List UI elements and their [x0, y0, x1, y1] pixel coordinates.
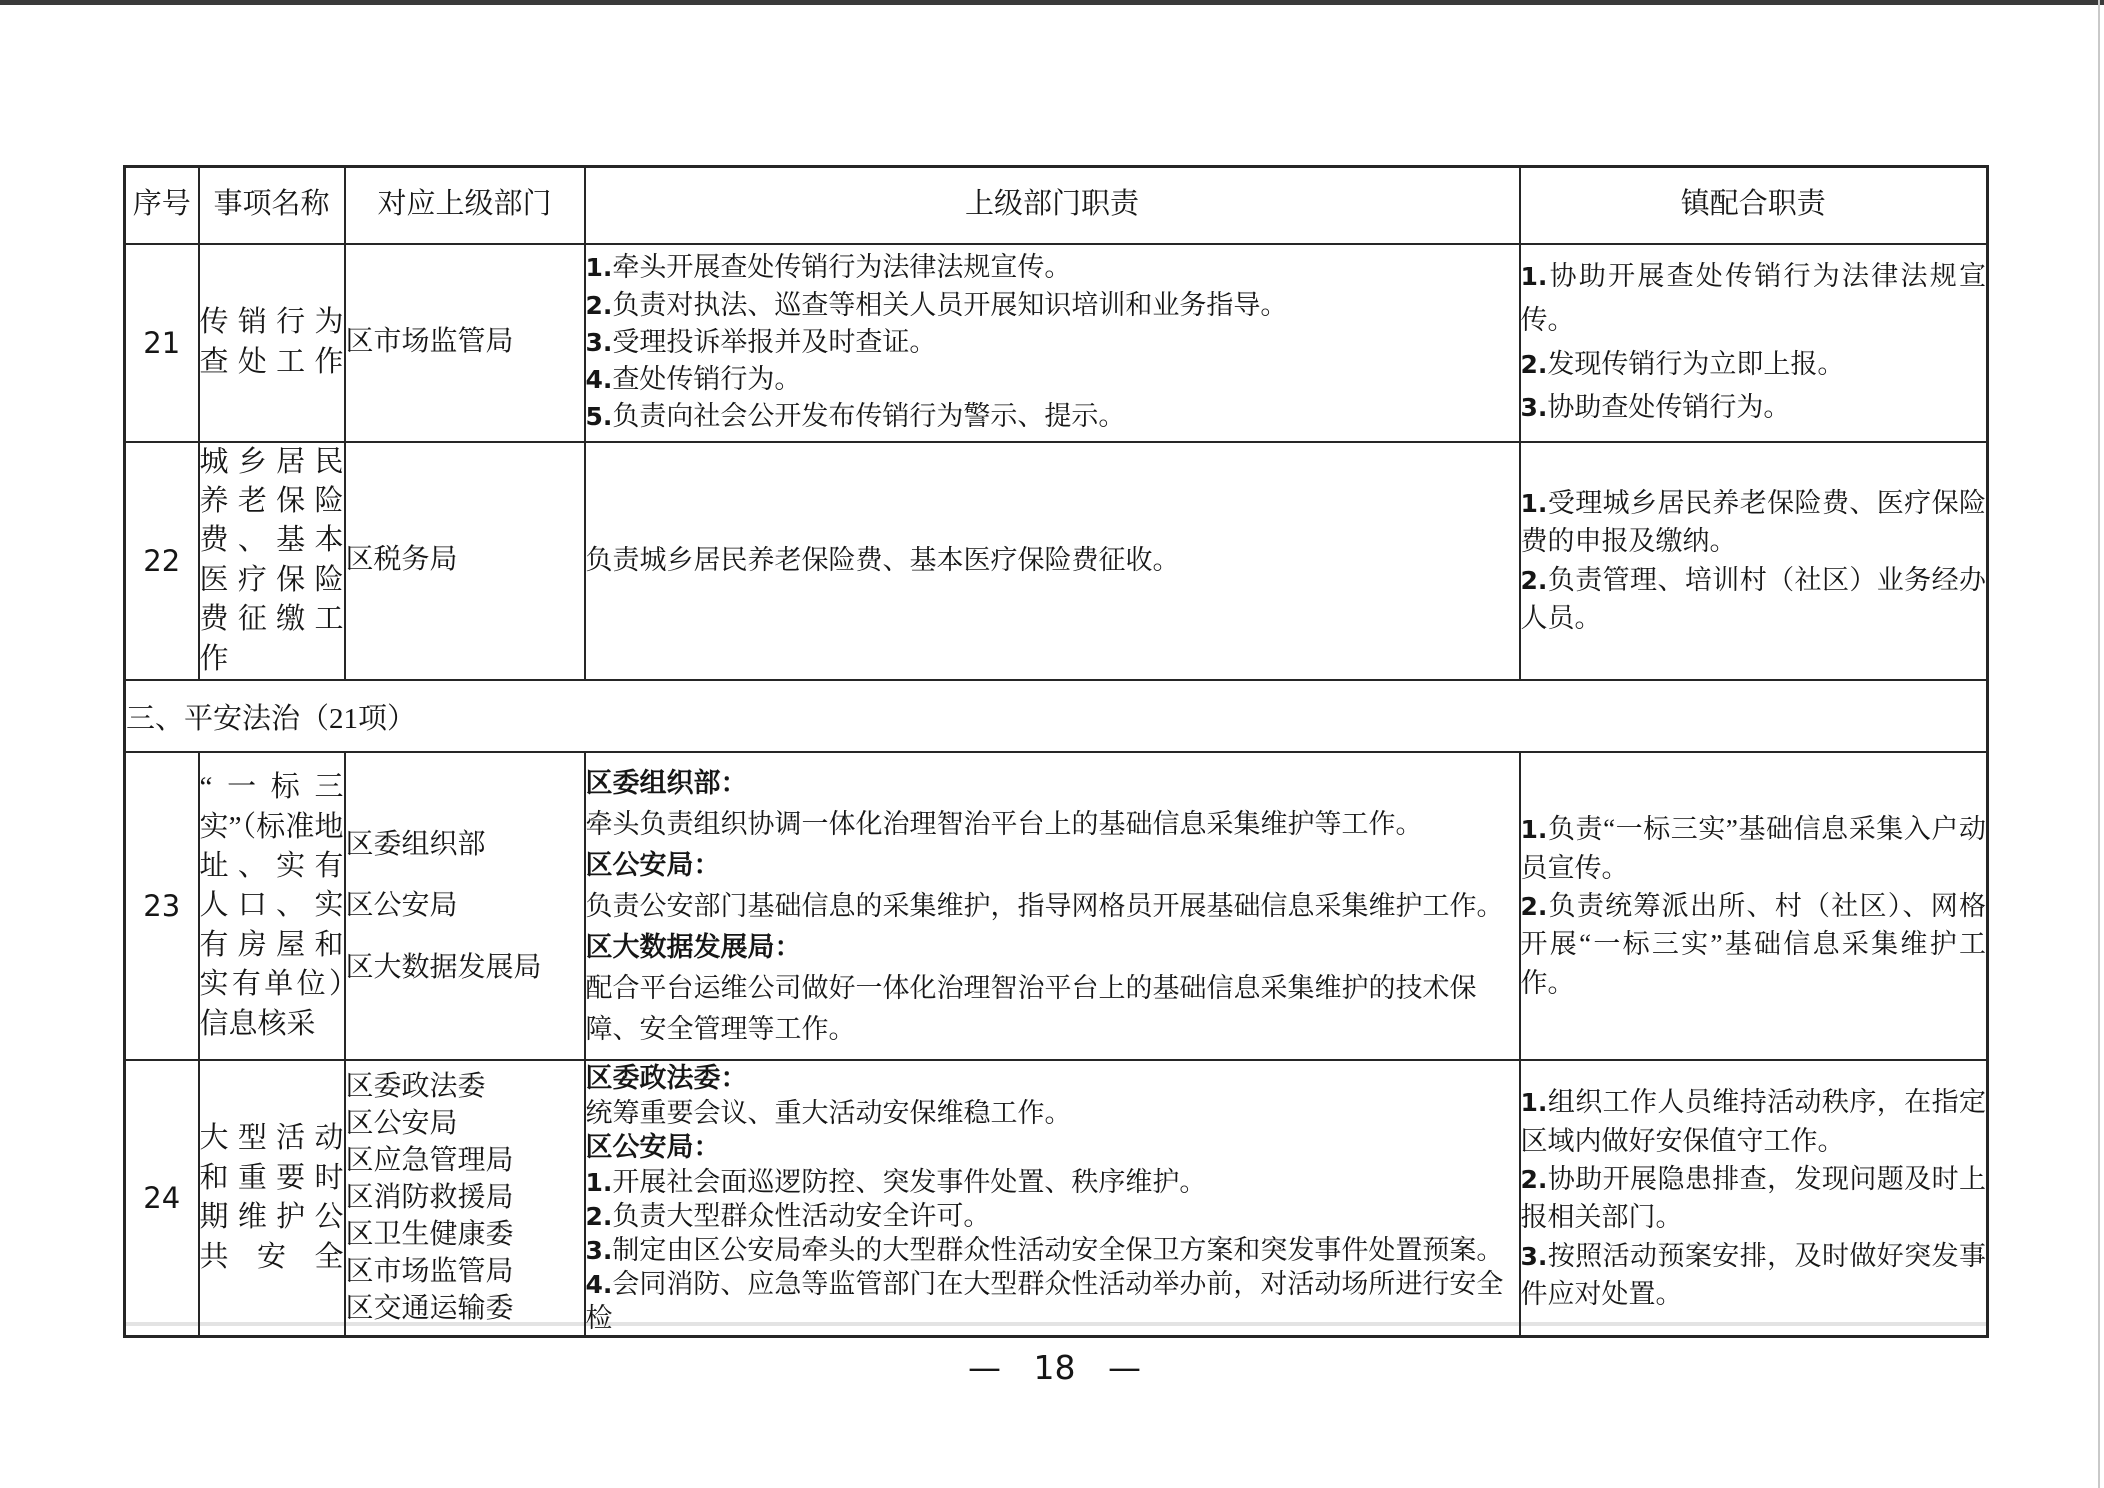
duty-line: 负责公安部门基础信息的采集维护，指导网格员开展基础信息采集维护工作。 — [586, 886, 1519, 927]
department-name: 区消防救援局 — [346, 1180, 584, 1217]
duty-line: 1.受理城乡居民养老保险费、医疗保险费的申报及缴纳。 — [1521, 484, 1987, 561]
section-title: 三、平安法治（21项） — [125, 680, 1988, 752]
department-name: 区市场监管局 — [346, 320, 584, 365]
duty-line: 2.协助开展隐患排查，发现问题及时上报相关部门。 — [1521, 1160, 1987, 1237]
duty-line: 1.负责“一标三实”基础信息采集入户动员宣传。 — [1521, 810, 1987, 887]
cell-serial-number: 23 — [125, 752, 199, 1060]
scan-top-edge-artifact — [0, 0, 2104, 5]
department-name: 区公安局 — [346, 1106, 584, 1143]
cell-item-name: 城乡居民养老保险费、基本医疗保险费征缴工作 — [199, 442, 345, 681]
duty-line: 3.受理投诉举报并及时查证。 — [586, 324, 1519, 361]
cell-town-duties: 1.负责“一标三实”基础信息采集入户动员宣传。2.负责统筹派出所、村（社区）、网… — [1520, 752, 1988, 1060]
department-name: 区税务局 — [346, 538, 584, 583]
responsibilities-table: 序号 事项名称 对应上级部门 上级部门职责 镇配合职责 21传销行为查处工作区市… — [123, 165, 1989, 1338]
duty-line: 配合平台运维公司做好一体化治理智治平台上的基础信息采集维护的技术保障、安全管理等… — [586, 968, 1519, 1049]
cell-serial-number: 21 — [125, 244, 199, 442]
cell-superior-departments: 区委政法委区公安局区应急管理局区消防救援局区卫生健康委区市场监管局区交通运输委 — [345, 1060, 585, 1337]
department-name: 区市场监管局 — [346, 1254, 584, 1291]
department-name: 区卫生健康委 — [346, 1217, 584, 1254]
table-row-23: 23“一标三实”（标准地址、实有人口、实有房屋和实有单位）信息核采区委组织部区公… — [125, 752, 1988, 1060]
cell-superior-duties: 区委组织部：牵头负责组织协调一体化治理智治平台上的基础信息采集维护等工作。区公安… — [585, 752, 1520, 1060]
duty-line: 3.制定由区公安局牵头的大型群众性活动安全保卫方案和突发事件处置预案。 — [586, 1233, 1519, 1267]
duty-line: 3.协助查处传销行为。 — [1521, 386, 1987, 430]
page-number: — 18 — — [123, 1348, 1986, 1387]
duty-line: 2.负责对执法、巡查等相关人员开展知识培训和业务指导。 — [586, 287, 1519, 324]
cell-item-name: 传销行为查处工作 — [199, 244, 345, 442]
department-name: 区委组织部 — [346, 814, 584, 876]
header-town-duties: 镇配合职责 — [1520, 167, 1988, 244]
header-serial-number: 序号 — [125, 167, 199, 244]
department-name: 区委政法委 — [346, 1069, 584, 1106]
duty-line: 1.组织工作人员维持活动秩序，在指定区域内做好安保值守工作。 — [1521, 1083, 1987, 1160]
department-name: 区大数据发展局 — [346, 937, 584, 999]
duty-line: 统筹重要会议、重大活动安保维稳工作。 — [586, 1096, 1519, 1130]
cell-town-duties: 1.受理城乡居民养老保险费、医疗保险费的申报及缴纳。2.负责管理、培训村（社区）… — [1520, 442, 1988, 681]
table-row-21: 21传销行为查处工作区市场监管局1.牵头开展查处传销行为法律法规宣传。2.负责对… — [125, 244, 1988, 442]
cell-item-name: “一标三实”（标准地址、实有人口、实有房屋和实有单位）信息核采 — [199, 752, 345, 1060]
department-heading: 区公安局： — [586, 1130, 1519, 1165]
department-name: 区公安局 — [346, 875, 584, 937]
scan-right-edge-artifact — [2098, 0, 2100, 1488]
cell-superior-duties: 1.牵头开展查处传销行为法律法规宣传。2.负责对执法、巡查等相关人员开展知识培训… — [585, 244, 1520, 442]
duty-line: 负责城乡居民养老保险费、基本医疗保险费征收。 — [586, 542, 1519, 579]
cell-superior-departments: 区市场监管局 — [345, 244, 585, 442]
header-item-name: 事项名称 — [199, 167, 345, 244]
table-row-22: 22城乡居民养老保险费、基本医疗保险费征缴工作区税务局负责城乡居民养老保险费、基… — [125, 442, 1988, 681]
duty-line: 5.负责向社会公开发布传销行为警示、提示。 — [586, 398, 1519, 435]
table-row-24: 24大型活动和重要时期维护公共安全区委政法委区公安局区应急管理局区消防救援局区卫… — [125, 1060, 1988, 1337]
duty-line: 4.会同消防、应急等监管部门在大型群众性活动举办前，对活动场所进行安全检 — [586, 1267, 1519, 1335]
duty-line: 2.发现传销行为立即上报。 — [1521, 343, 1987, 387]
cell-item-name: 大型活动和重要时期维护公共安全 — [199, 1060, 345, 1337]
section-header-row: 三、平安法治（21项） — [125, 680, 1988, 752]
duty-line: 1.协助开展查处传销行为法律法规宣传。 — [1521, 255, 1987, 342]
duty-line: 2.负责统筹派出所、村（社区）、网格开展“一标三实”基础信息采集维护工作。 — [1521, 887, 1987, 1002]
department-heading: 区公安局： — [586, 845, 1519, 887]
header-superior-department: 对应上级部门 — [345, 167, 585, 244]
cell-superior-duties: 区委政法委：统筹重要会议、重大活动安保维稳工作。区公安局：1.开展社会面巡逻防控… — [585, 1060, 1520, 1337]
cell-serial-number: 22 — [125, 442, 199, 681]
duty-line: 3.按照活动预案安排，及时做好突发事件应对处置。 — [1521, 1237, 1987, 1314]
table-header-row: 序号 事项名称 对应上级部门 上级部门职责 镇配合职责 — [125, 167, 1988, 244]
document-page: 序号 事项名称 对应上级部门 上级部门职责 镇配合职责 21传销行为查处工作区市… — [0, 0, 2104, 1488]
cell-serial-number: 24 — [125, 1060, 199, 1337]
department-heading: 区委组织部： — [586, 763, 1519, 805]
duty-line: 2.负责大型群众性活动安全许可。 — [586, 1199, 1519, 1233]
duty-line: 1.开展社会面巡逻防控、突发事件处置、秩序维护。 — [586, 1165, 1519, 1199]
cell-superior-departments: 区税务局 — [345, 442, 585, 681]
cell-superior-duties: 负责城乡居民养老保险费、基本医疗保险费征收。 — [585, 442, 1520, 681]
cell-superior-departments: 区委组织部区公安局区大数据发展局 — [345, 752, 585, 1060]
cell-town-duties: 1.协助开展查处传销行为法律法规宣传。2.发现传销行为立即上报。3.协助查处传销… — [1520, 244, 1988, 442]
department-heading: 区大数据发展局： — [586, 927, 1519, 969]
department-heading: 区委政法委： — [586, 1061, 1519, 1096]
header-superior-duties: 上级部门职责 — [585, 167, 1520, 244]
duty-line: 1.牵头开展查处传销行为法律法规宣传。 — [586, 249, 1519, 286]
duty-line: 牵头负责组织协调一体化治理智治平台上的基础信息采集维护等工作。 — [586, 804, 1519, 845]
duty-line: 4.查处传销行为。 — [586, 361, 1519, 398]
department-name: 区交通运输委 — [346, 1291, 584, 1328]
duty-line: 2.负责管理、培训村（社区）业务经办人员。 — [1521, 561, 1987, 638]
department-name: 区应急管理局 — [346, 1143, 584, 1180]
cell-town-duties: 1.组织工作人员维持活动秩序，在指定区域内做好安保值守工作。2.协助开展隐患排查… — [1520, 1060, 1988, 1337]
